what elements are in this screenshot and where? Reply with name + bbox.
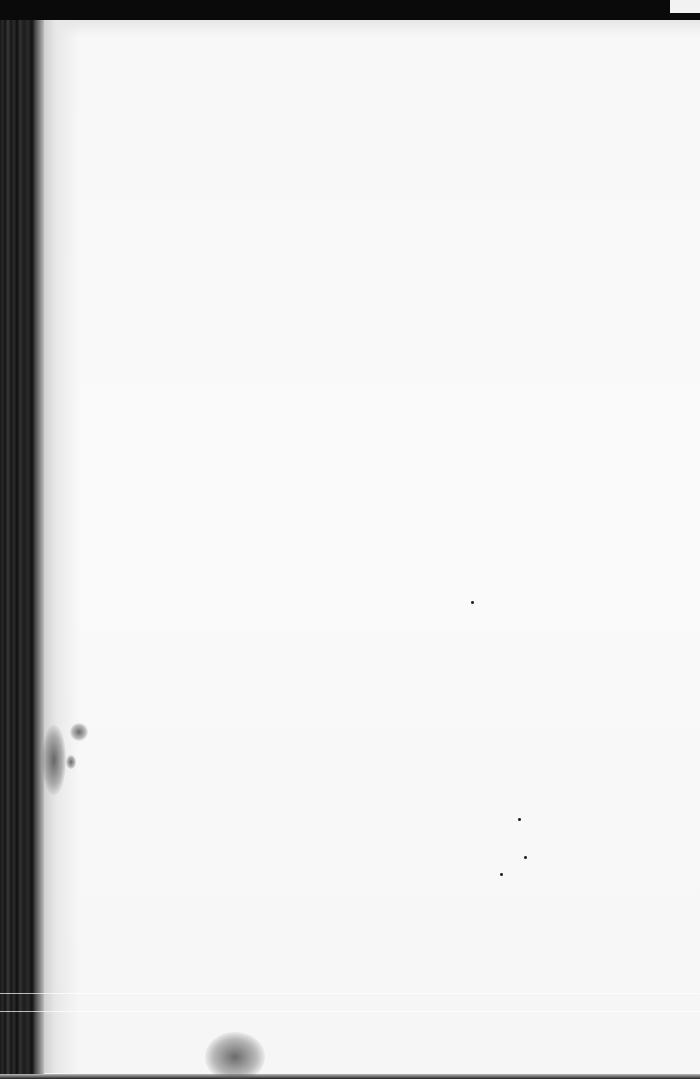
dust-speck <box>500 873 503 876</box>
scan-artifact-line <box>0 993 700 994</box>
book-gutter <box>0 0 44 1079</box>
ink-smudge <box>70 723 88 741</box>
blank-page-surface <box>44 20 700 1075</box>
scan-bottom-edge <box>0 1074 700 1079</box>
dust-speck <box>518 818 521 821</box>
ink-smudge <box>205 1032 265 1079</box>
gutter-shadow <box>40 18 80 1073</box>
scanned-page <box>0 0 700 1079</box>
ink-smudge <box>42 725 66 795</box>
scan-corner-notch <box>670 0 700 13</box>
scan-artifact-line <box>0 1011 700 1012</box>
dust-speck <box>524 856 527 859</box>
ink-smudge <box>66 755 76 769</box>
dust-speck <box>471 601 474 604</box>
scan-top-border <box>0 0 700 20</box>
